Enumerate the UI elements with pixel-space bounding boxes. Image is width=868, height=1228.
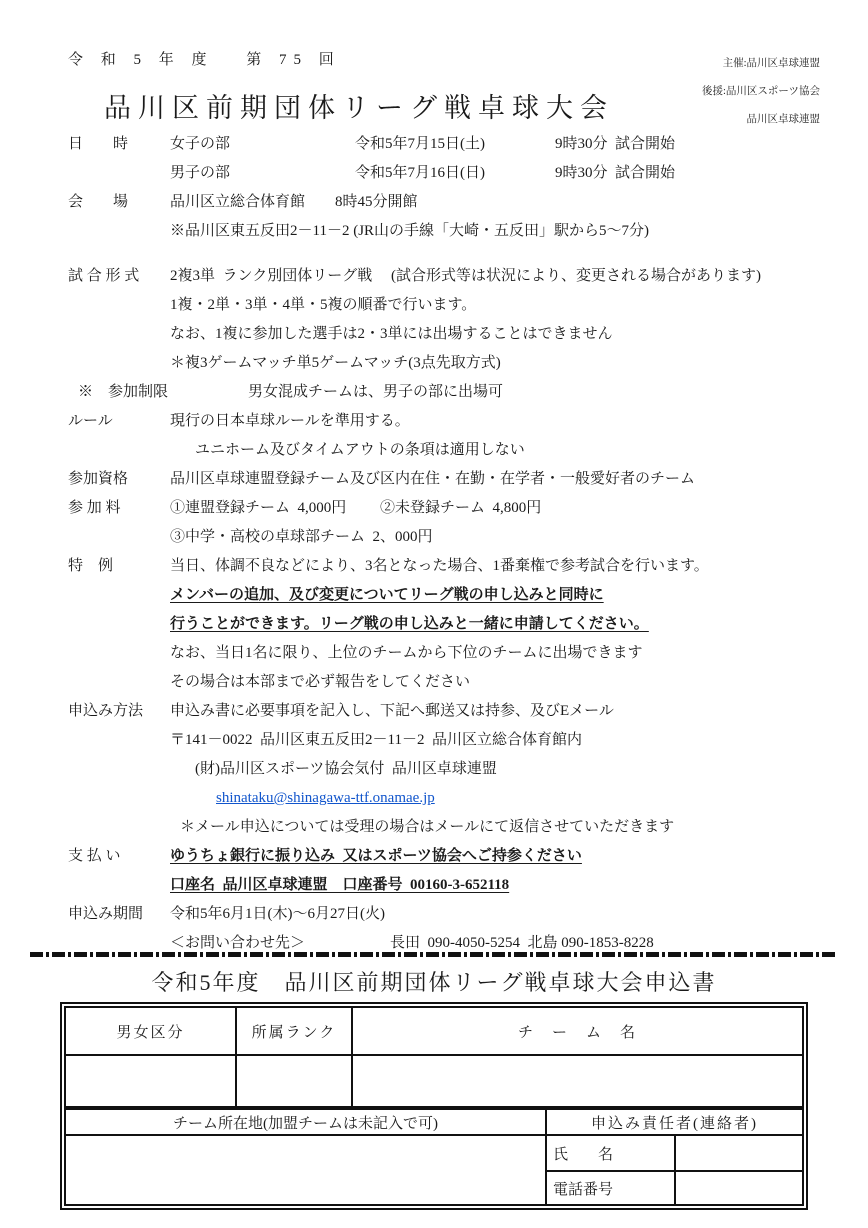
eligibility-row: 参加資格 品川区卓球連盟登録チーム及び区内在住・在勤・在学者・一般愛好者のチーム — [68, 465, 820, 494]
apply-method-line-1: 申込み書に必要事項を記入し、下記へ郵送又は持参、及びEメール — [170, 697, 614, 726]
venue-row: 会 場 品川区立総合体育館 8時45分開館 — [68, 188, 820, 217]
phone-label-cell: 電話番号 — [546, 1171, 675, 1205]
period-text: 令和5年6月1日(木)～6月27日(火) — [170, 900, 385, 929]
apply-method-note: ＊メール申込については受理の場合はメールにて返信させていただきます — [170, 813, 674, 842]
apply-method-note-row: ＊メール申込については受理の場合はメールにて返信させていただきます — [68, 813, 820, 842]
apply-method-row-1: 申込み方法 申込み書に必要事項を記入し、下記へ郵送又は持参、及びEメール — [68, 697, 820, 726]
payment-line-2: 口座名 品川区卓球連盟 口座番号 00160-3-652118 — [170, 871, 509, 900]
special-row-1: 特 例 当日、体調不良などにより、3名となった場合、1番棄権で参考試合を行います… — [68, 552, 820, 581]
team-info-header-row: 男女区分 所属ランク チ ー ム 名 — [65, 1007, 803, 1055]
team-name-input-cell — [352, 1055, 803, 1107]
application-form-table: 男女区分 所属ランク チ ー ム 名 チーム所在地(加盟チームは未記入で可) 申… — [60, 1002, 808, 1210]
special-line-1: 当日、体調不良などにより、3名となった場合、1番棄権で参考試合を行います。 — [170, 552, 709, 581]
fee-line-1: ①連盟登録チーム 4,000円 ②未登録チーム 4,800円 — [170, 494, 541, 523]
venue-address-row: ※品川区東五反田2－11－2 (JR山の手線「大崎・五反田」駅から5～7分) — [68, 217, 820, 246]
special-underline-row-2: 行うことができます。リーグ戦の申し込みと一緒に申請してください。 — [68, 610, 820, 639]
fee-row-1: 参 加 料 ①連盟登録チーム 4,000円 ②未登録チーム 4,800円 — [68, 494, 820, 523]
datetime-row-women: 日 時 女子の部 令和5年7月15日(土) 9時30分 試合開始 — [68, 130, 820, 159]
payment-label: 支 払 い — [68, 842, 170, 871]
apply-method-line-2: 〒141－0022 品川区東五反田2－11－2 品川区立総合体育館内 — [170, 726, 582, 755]
period-row: 申込み期間 令和5年6月1日(木)～6月27日(火) — [68, 900, 820, 929]
document-page: 主催:品川区卓球連盟 後援:品川区スポーツ協会 品川区卓球連盟 令 和 5 年 … — [0, 0, 868, 1228]
special-underline-1: メンバーの追加、及び変更についてリーグ戦の申し込みと同時に — [170, 581, 604, 610]
rank-header-cell: 所属ランク — [236, 1007, 352, 1055]
date-men: 令和5年7月16日(日) — [355, 159, 555, 188]
format-row-3: なお、1複に参加した選手は2・3単には出場することはできません — [68, 320, 820, 349]
sponsor-organizer: 主催:品川区卓球連盟 — [702, 50, 820, 78]
eligibility-text: 品川区卓球連盟登録チーム及び区内在住・在勤・在学者・一般愛好者のチーム — [170, 465, 695, 494]
restriction-label: ※ 参加制限 — [68, 378, 248, 407]
special-row-2: なお、当日1名に限り、上位のチームから下位のチームに出場できます — [68, 639, 820, 668]
datetime-row-men: 男子の部 令和5年7月16日(日) 9時30分 試合開始 — [68, 159, 820, 188]
apply-method-row-3: (財)品川区スポーツ協会気付 品川区卓球連盟 — [68, 755, 820, 784]
rules-line-2: ユニホーム及びタイムアウトの条項は適用しない — [170, 436, 525, 465]
apply-method-row-2: 〒141－0022 品川区東五反田2－11－2 品川区立総合体育館内 — [68, 726, 820, 755]
fee-row-2: ③中学・高校の卓球部チーム 2、000円 — [68, 523, 820, 552]
fee-line-2: ③中学・高校の卓球部チーム 2、000円 — [170, 523, 433, 552]
date-women: 令和5年7月15日(土) — [355, 130, 555, 159]
period-label: 申込み期間 — [68, 900, 170, 929]
rules-label: ルール — [68, 407, 170, 436]
format-line-3: なお、1複に参加した選手は2・3単には出場することはできません — [170, 320, 613, 349]
special-line-3: その場合は本部まで必ず報告をしてください — [170, 668, 470, 697]
gender-input-cell — [65, 1055, 236, 1107]
special-underline-2: 行うことができます。リーグ戦の申し込みと一緒に申請してください。 — [170, 610, 649, 639]
sponsor-block: 主催:品川区卓球連盟 後援:品川区スポーツ協会 品川区卓球連盟 — [702, 50, 820, 134]
team-address-input-cell — [65, 1135, 546, 1205]
dashed-divider — [30, 952, 838, 957]
sponsor-support-1: 後援:品川区スポーツ協会 — [702, 78, 820, 106]
name-input-cell — [675, 1135, 804, 1171]
details-section: 日 時 女子の部 令和5年7月15日(土) 9時30分 試合開始 男子の部 令和… — [68, 130, 820, 958]
team-address-header-cell: チーム所在地(加盟チームは未記入で可) — [65, 1109, 546, 1135]
rank-input-cell — [236, 1055, 352, 1107]
division-women: 女子の部 — [170, 130, 355, 159]
fee-label: 参 加 料 — [68, 494, 170, 523]
format-row-4: ＊複3ゲームマッチ単5ゲームマッチ(3点先取方式) — [68, 349, 820, 378]
payment-row-2: 口座名 品川区卓球連盟 口座番号 00160-3-652118 — [68, 871, 820, 900]
gender-header-cell: 男女区分 — [65, 1007, 236, 1055]
special-underline-row-1: メンバーの追加、及び変更についてリーグ戦の申し込みと同時に — [68, 581, 820, 610]
application-form-title: 令和5年度 品川区前期団体リーグ戦卓球大会申込書 — [0, 966, 868, 997]
team-info-entry-row — [65, 1055, 803, 1107]
format-row-1: 試 合 形 式 2複3単 ランク別団体リーグ戦 (試合形式等は状況により、変更さ… — [68, 262, 820, 291]
name-row: 氏 名 — [65, 1135, 803, 1171]
payment-row-1: 支 払 い ゆうちょ銀行に振り込み 又はスポーツ協会へご持参ください — [68, 842, 820, 871]
email-link[interactable]: shinataku@shinagawa-ttf.onamae.jp — [216, 790, 435, 806]
fiscal-year-line: 令 和 5 年 度 第 75 回 — [68, 48, 341, 69]
format-line-2: 1複・2単・3単・4単・5複の順番で行います。 — [170, 291, 476, 320]
division-men: 男子の部 — [170, 159, 355, 188]
apply-method-line-3: (財)品川区スポーツ協会気付 品川区卓球連盟 — [170, 755, 497, 784]
datetime-label: 日 時 — [68, 130, 170, 159]
venue-name: 品川区立総合体育館 8時45分開館 — [170, 188, 418, 217]
special-row-3: その場合は本部まで必ず報告をしてください — [68, 668, 820, 697]
restriction-row: ※ 参加制限 男女混成チームは、男子の部に出場可 — [68, 378, 820, 407]
venue-label: 会 場 — [68, 188, 170, 217]
rules-line-1: 現行の日本卓球ルールを準用する。 — [170, 407, 410, 436]
team-info-table: 男女区分 所属ランク チ ー ム 名 — [64, 1006, 804, 1108]
eligibility-label: 参加資格 — [68, 465, 170, 494]
apply-method-label: 申込み方法 — [68, 697, 170, 726]
restriction-text: 男女混成チームは、男子の部に出場可 — [248, 378, 503, 407]
payment-line-1: ゆうちょ銀行に振り込み 又はスポーツ協会へご持参ください — [170, 842, 582, 871]
name-label-cell: 氏 名 — [546, 1135, 675, 1171]
team-name-header-cell: チ ー ム 名 — [352, 1007, 803, 1055]
page-title: 品川区前期団体リーグ戦卓球大会 — [104, 86, 614, 125]
format-label: 試 合 形 式 — [68, 262, 170, 291]
time-men: 9時30分 試合開始 — [555, 159, 675, 188]
rules-row-2: ユニホーム及びタイムアウトの条項は適用しない — [68, 436, 820, 465]
format-row-2: 1複・2単・3単・4単・5複の順番で行います。 — [68, 291, 820, 320]
contact-header-row: チーム所在地(加盟チームは未記入で可) 申込み責任者(連絡者) — [65, 1109, 803, 1135]
phone-input-cell — [675, 1171, 804, 1205]
special-line-2: なお、当日1名に限り、上位のチームから下位のチームに出場できます — [170, 639, 643, 668]
apply-method-email-row: shinataku@shinagawa-ttf.onamae.jp — [68, 784, 820, 813]
contact-info-table: チーム所在地(加盟チームは未記入で可) 申込み責任者(連絡者) 氏 名 電話番号 — [64, 1108, 804, 1206]
venue-address: ※品川区東五反田2－11－2 (JR山の手線「大崎・五反田」駅から5～7分) — [170, 217, 649, 246]
special-label: 特 例 — [68, 552, 170, 581]
time-women: 9時30分 試合開始 — [555, 130, 675, 159]
format-line-1: 2複3単 ランク別団体リーグ戦 (試合形式等は状況により、変更される場合がありま… — [170, 262, 761, 291]
format-line-4: ＊複3ゲームマッチ単5ゲームマッチ(3点先取方式) — [170, 349, 501, 378]
applicant-header-cell: 申込み責任者(連絡者) — [546, 1109, 803, 1135]
rules-row-1: ルール 現行の日本卓球ルールを準用する。 — [68, 407, 820, 436]
